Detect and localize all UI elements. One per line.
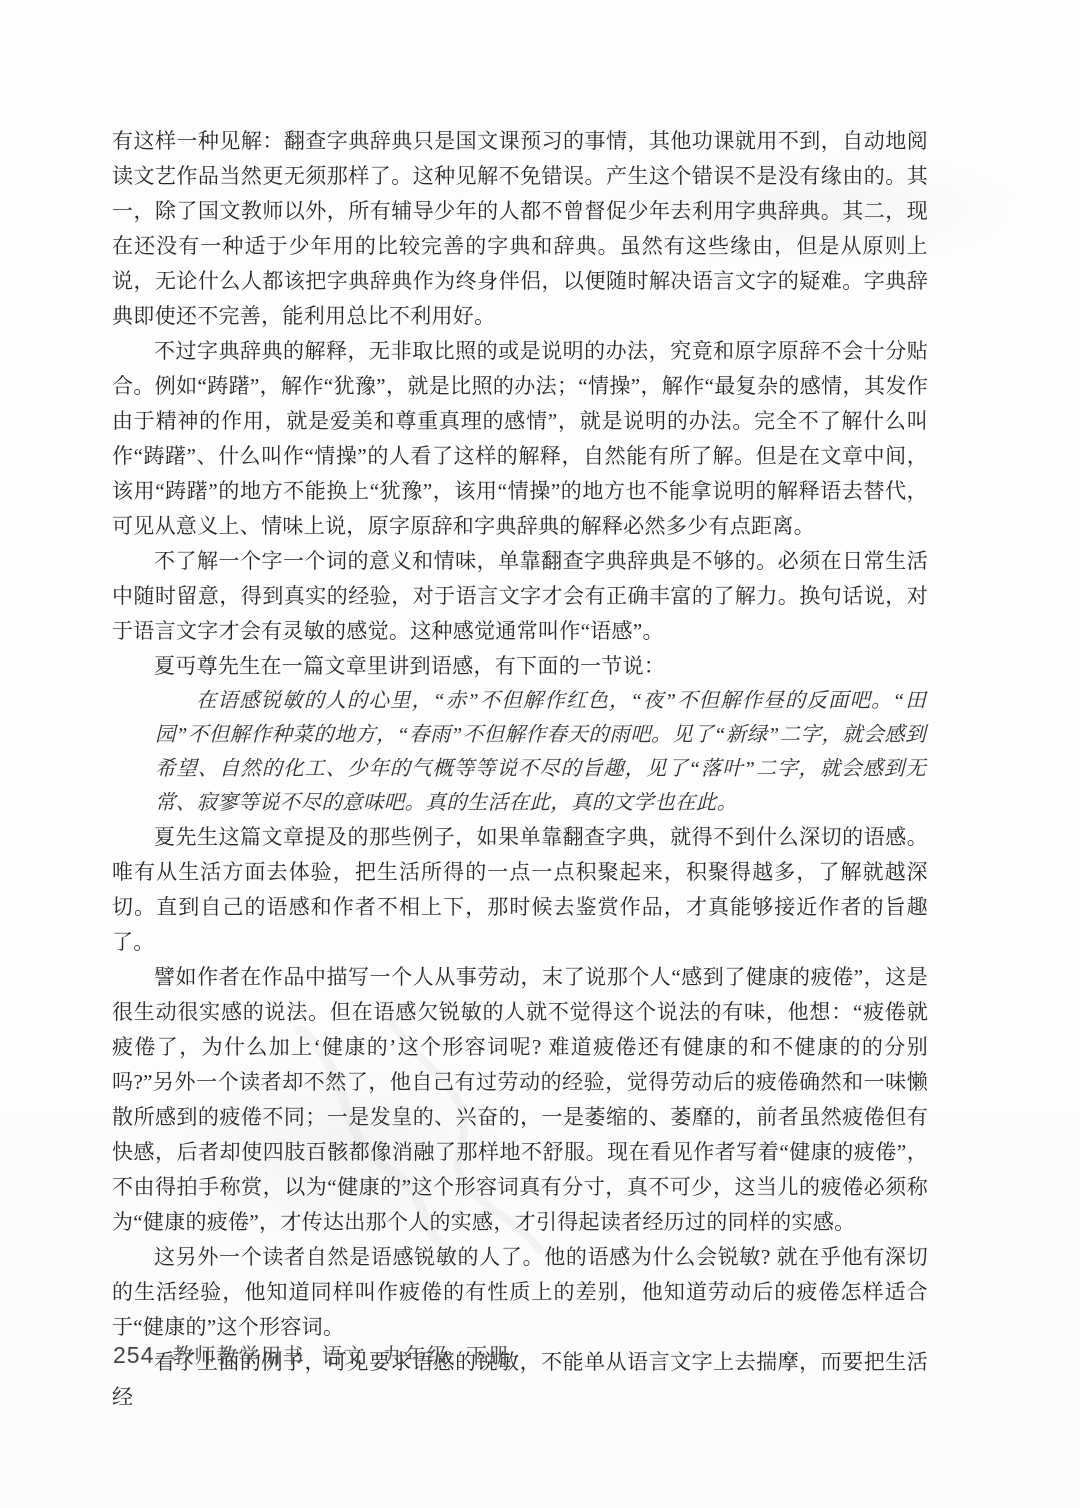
page-text-content: 有这样一种见解：翻查字典辞典只是国文课预习的事情，其他功课就用不到，自动地阅读文…: [112, 124, 928, 1415]
quotation-block: 在语感锐敏的人的心里，“赤”不但解作红色，“夜”不但解作昼的反面吧。“田园”不但…: [155, 684, 926, 820]
page-number: 254: [113, 1342, 154, 1369]
paragraph: 夏先生这篇文章提及的那些例子，如果单靠翻查字典，就得不到什么深切的语感。唯有从生…: [112, 820, 928, 960]
paragraph: 不了解一个字一个词的意义和情味，单靠翻查字典辞典是不够的。必须在日常生活中随时留…: [112, 544, 928, 649]
paragraph: 这另外一个读者自然是语感锐敏的人了。他的语感为什么会锐敏? 就在乎他有深切的生活…: [112, 1240, 928, 1345]
book-title: 教师教学用书 语文 九年级 下册: [172, 1340, 510, 1370]
paragraph: 譬如作者在作品中描写一个人从事劳动，末了说那个人“感到了健康的疲倦”，这是很生动…: [112, 960, 928, 1240]
paragraph: 不过字典辞典的解释，无非取比照的或是说明的办法，究竟和原字原辞不会十分贴合。例如…: [112, 334, 928, 544]
paragraph: 夏丏尊先生在一篇文章里讲到语感，有下面的一节说：: [112, 649, 928, 684]
page-footer: 254 教师教学用书 语文 九年级 下册: [113, 1340, 510, 1370]
document-page: 有这样一种见解：翻查字典辞典只是国文课预习的事情，其他功课就用不到，自动地阅读文…: [0, 0, 1080, 1508]
paragraph: 有这样一种见解：翻查字典辞典只是国文课预习的事情，其他功课就用不到，自动地阅读文…: [112, 124, 928, 334]
